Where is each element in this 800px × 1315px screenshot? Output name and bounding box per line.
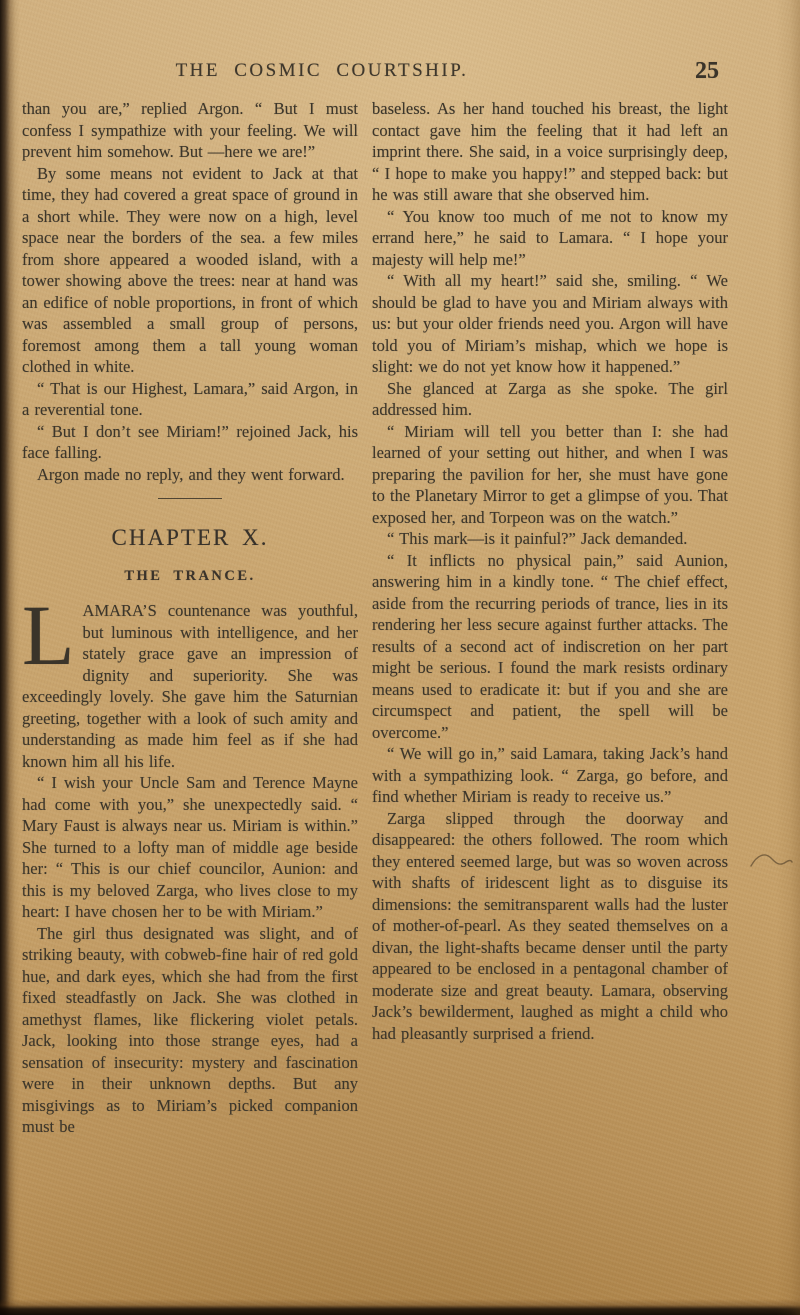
paragraph: “ This mark—is it painful?” Jack demande… [372, 528, 728, 550]
section-divider-rule [158, 498, 222, 499]
running-title: THE COSMIC COURTSHIP. [176, 60, 469, 82]
page-right-edge-shade [776, 0, 800, 1315]
paragraph: than you are,” replied Argon. “ But I mu… [22, 98, 358, 163]
paragraph: “ It inflicts no physical pain,” said Au… [372, 550, 728, 744]
paragraph: By some means not evident to Jack at tha… [22, 163, 358, 378]
paragraph: She glanced at Zarga as she spoke. The g… [372, 378, 728, 421]
book-page: THE COSMIC COURTSHIP. 25 than you are,” … [0, 0, 800, 1315]
paragraph: “ That is our Highest, Lamara,” said Arg… [22, 378, 358, 421]
paragraph: baseless. As her hand touched his breast… [372, 98, 728, 206]
chapter-subheading: THE TRANCE. [22, 566, 358, 588]
page-bottom-edge-shadow [0, 1299, 800, 1315]
chapter-heading: CHAPTER X. [22, 527, 358, 549]
page-number: 25 [695, 58, 719, 85]
left-column: than you are,” replied Argon. “ But I mu… [22, 98, 358, 1288]
paragraph: “ You know too much of me not to know my… [372, 206, 728, 271]
paragraph: LAMARA’S countenance was youthful, but l… [22, 600, 358, 772]
scan-artifact-squiggle [748, 848, 794, 878]
page-gutter-shadow [0, 0, 20, 1315]
paragraph: Argon made no reply, and they went forwa… [22, 464, 358, 486]
paragraph: Zarga slipped through the doorway and di… [372, 808, 728, 1045]
paragraph: “ With all my heart!” said she, smiling.… [372, 270, 728, 378]
paragraph: “ We will go in,” said Lamara, taking Ja… [372, 743, 728, 808]
paragraph: “ Miriam will tell you better than I: sh… [372, 421, 728, 529]
paragraph: “ But I don’t see Miriam!” rejoined Jack… [22, 421, 358, 464]
paragraph: The girl thus designated was slight, and… [22, 923, 358, 1138]
drop-cap-letter: L [22, 603, 75, 667]
right-column: baseless. As her hand touched his breast… [372, 98, 728, 1288]
paragraph: “ I wish your Uncle Sam and Terence Mayn… [22, 772, 358, 923]
